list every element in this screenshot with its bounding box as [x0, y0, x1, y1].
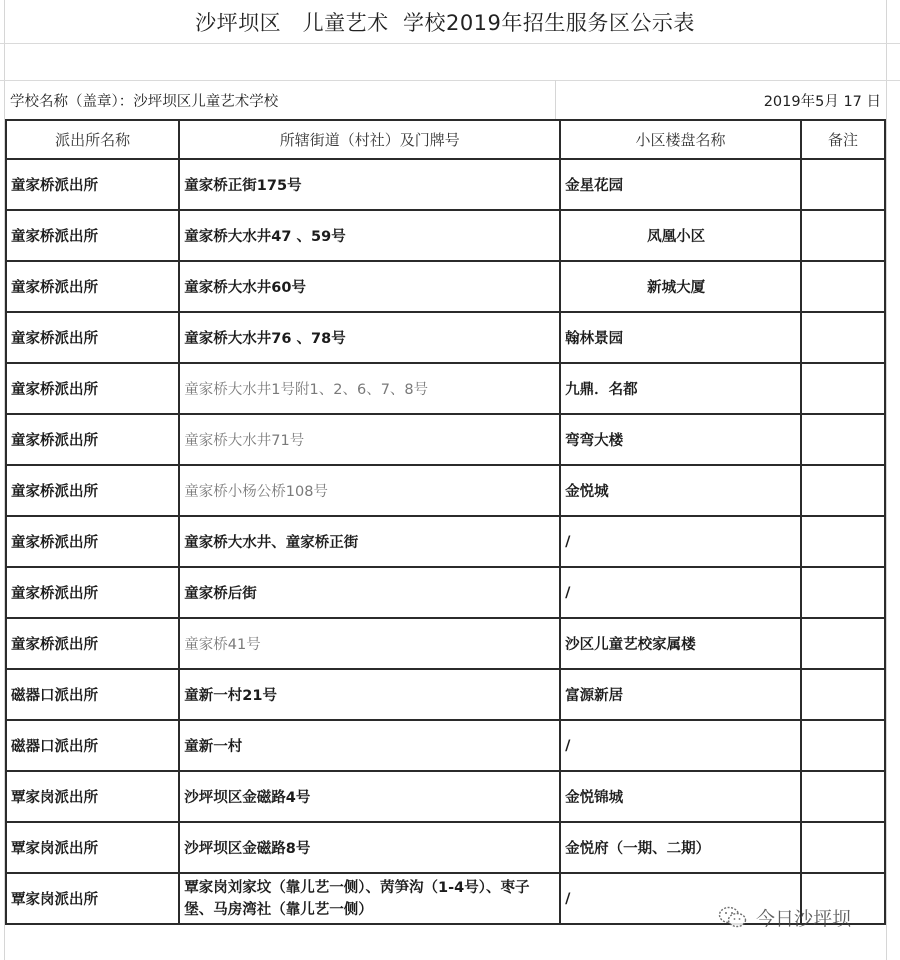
cell-estate: /	[560, 720, 801, 771]
publish-date: 2019年5月 17 日	[764, 90, 885, 111]
cell-note	[801, 465, 885, 516]
wechat-watermark: 今日沙坪坝	[718, 904, 851, 931]
table-row: 童家桥派出所 童家桥大水井1号附1、2、6、7、8号 九鼎．名都	[6, 363, 885, 414]
cell-note	[801, 363, 885, 414]
cell-station: 童家桥派出所	[6, 618, 179, 669]
cell-station: 童家桥派出所	[6, 312, 179, 363]
cell-address: 童家桥小杨公桥108号	[179, 465, 560, 516]
cell-address: 童新一村	[179, 720, 560, 771]
page-title: 沙坪坝区 儿童艺术 学校2019年招生服务区公示表	[5, 0, 885, 43]
table-row: 童家桥派出所 童家桥大水井、童家桥正街 /	[6, 516, 885, 567]
table-row: 覃家岗派出所 沙坪坝区金磁路8号 金悦府（一期、二期）	[6, 822, 885, 873]
cell-address: 童家桥大水井47 、59号	[179, 210, 560, 261]
cell-estate: 金悦锦城	[560, 771, 801, 822]
table-row: 童家桥派出所 童家桥后街 /	[6, 567, 885, 618]
header-street-address: 所辖街道（村社）及门牌号	[179, 120, 560, 159]
cell-estate: 金悦府（一期、二期）	[560, 822, 801, 873]
cell-station: 磁器口派出所	[6, 720, 179, 771]
table-row: 童家桥派出所 童家桥大水井76 、78号 翰林景园	[6, 312, 885, 363]
gridline	[886, 0, 887, 960]
cell-address: 沙坪坝区金磁路4号	[179, 771, 560, 822]
cell-station: 覃家岗派出所	[6, 873, 179, 924]
enrollment-area-table: 派出所名称 所辖街道（村社）及门牌号 小区楼盘名称 备注 童家桥派出所 童家桥正…	[5, 119, 886, 925]
cell-address: 童家桥正街175号	[179, 159, 560, 210]
cell-station: 童家桥派出所	[6, 414, 179, 465]
cell-note	[801, 618, 885, 669]
cell-note	[801, 159, 885, 210]
cell-address: 童家桥大水井、童家桥正街	[179, 516, 560, 567]
cell-address: 童家桥后街	[179, 567, 560, 618]
table-row: 童家桥派出所 童家桥41号 沙区儿童艺校家属楼	[6, 618, 885, 669]
cell-station: 童家桥派出所	[6, 516, 179, 567]
watermark-text: 今日沙坪坝	[756, 904, 851, 931]
cell-estate: 金悦城	[560, 465, 801, 516]
cell-address: 童家桥大水井1号附1、2、6、7、8号	[179, 363, 560, 414]
cell-note	[801, 312, 885, 363]
cell-note	[801, 261, 885, 312]
cell-note	[801, 771, 885, 822]
cell-note	[801, 567, 885, 618]
cell-station: 童家桥派出所	[6, 567, 179, 618]
cell-estate: 弯弯大楼	[560, 414, 801, 465]
cell-estate: 凤凰小区	[560, 210, 801, 261]
cell-estate: 新城大厦	[560, 261, 801, 312]
cell-note	[801, 516, 885, 567]
school-name-label: 学校名称（盖章）：沙坪坝区儿童艺术学校	[5, 90, 278, 111]
table-row: 童家桥派出所 童家桥大水井60号 新城大厦	[6, 261, 885, 312]
cell-station: 童家桥派出所	[6, 465, 179, 516]
cell-estate: 沙区儿童艺校家属楼	[560, 618, 801, 669]
cell-note	[801, 414, 885, 465]
table-row: 童家桥派出所 童家桥小杨公桥108号 金悦城	[6, 465, 885, 516]
cell-address: 覃家岗刘家坟（靠儿艺一侧）、苪笋沟（1-4号）、枣子堡、马房湾社（靠儿艺一侧）	[179, 873, 560, 924]
cell-estate: 九鼎．名都	[560, 363, 801, 414]
cell-estate: 翰林景园	[560, 312, 801, 363]
header-estate-name: 小区楼盘名称	[560, 120, 801, 159]
cell-address: 童家桥大水井71号	[179, 414, 560, 465]
cell-estate: /	[560, 516, 801, 567]
school-info-row: 学校名称（盖章）：沙坪坝区儿童艺术学校 2019年5月 17 日	[5, 81, 885, 119]
table-row: 磁器口派出所 童新一村 /	[6, 720, 885, 771]
cell-address: 童家桥大水井76 、78号	[179, 312, 560, 363]
cell-estate: 富源新居	[560, 669, 801, 720]
table-row: 覃家岗派出所 沙坪坝区金磁路4号 金悦锦城	[6, 771, 885, 822]
table-row: 磁器口派出所 童新一村21号 富源新居	[6, 669, 885, 720]
gridline	[0, 43, 900, 44]
cell-estate: 金星花园	[560, 159, 801, 210]
table-header-row: 派出所名称 所辖街道（村社）及门牌号 小区楼盘名称 备注	[6, 120, 885, 159]
header-notes: 备注	[801, 120, 885, 159]
cell-note	[801, 210, 885, 261]
cell-address: 童家桥41号	[179, 618, 560, 669]
wechat-icon	[718, 905, 748, 931]
cell-station: 磁器口派出所	[6, 669, 179, 720]
cell-address: 童新一村21号	[179, 669, 560, 720]
table-row: 童家桥派出所 童家桥大水井47 、59号 凤凰小区	[6, 210, 885, 261]
spreadsheet-page: 沙坪坝区 儿童艺术 学校2019年招生服务区公示表 学校名称（盖章）：沙坪坝区儿…	[0, 0, 900, 960]
cell-station: 童家桥派出所	[6, 210, 179, 261]
cell-station: 覃家岗派出所	[6, 771, 179, 822]
table-row: 童家桥派出所 童家桥正街175号 金星花园	[6, 159, 885, 210]
header-police-station: 派出所名称	[6, 120, 179, 159]
cell-station: 童家桥派出所	[6, 261, 179, 312]
cell-estate: /	[560, 567, 801, 618]
cell-station: 童家桥派出所	[6, 363, 179, 414]
cell-station: 童家桥派出所	[6, 159, 179, 210]
cell-station: 覃家岗派出所	[6, 822, 179, 873]
cell-note	[801, 822, 885, 873]
cell-note	[801, 669, 885, 720]
table-row: 童家桥派出所 童家桥大水井71号 弯弯大楼	[6, 414, 885, 465]
cell-address: 沙坪坝区金磁路8号	[179, 822, 560, 873]
cell-note	[801, 720, 885, 771]
cell-address: 童家桥大水井60号	[179, 261, 560, 312]
